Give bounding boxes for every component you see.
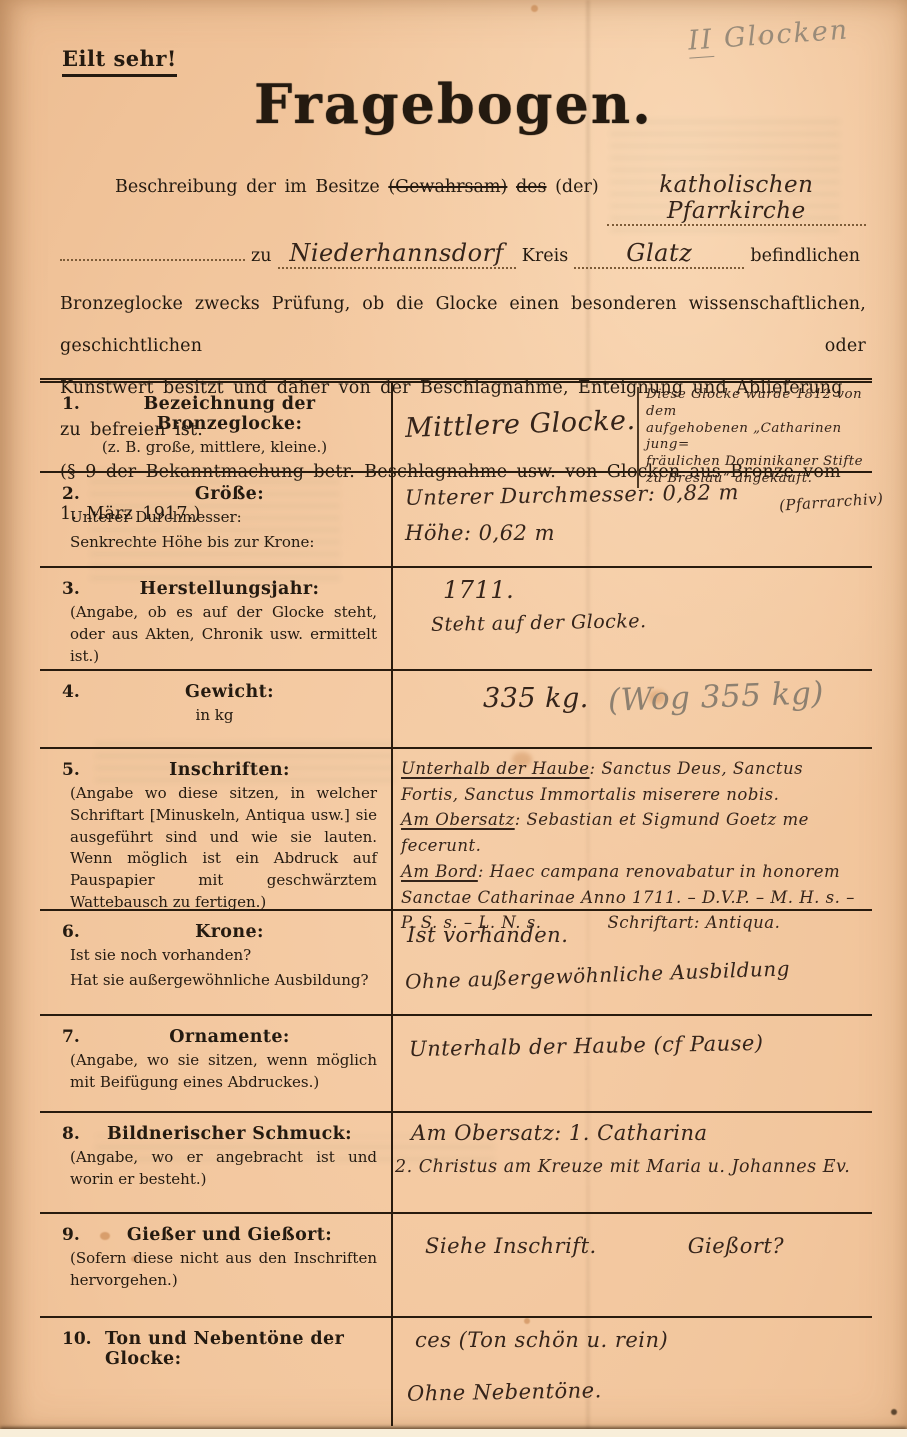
location-label: Am Obersatz: [401, 810, 515, 829]
dotted-line: [60, 240, 245, 261]
form-row-9: 9. Gießer und Gießort: (Sofern diese nic…: [40, 1214, 872, 1318]
question-title: Krone:: [80, 922, 379, 942]
intro-line1-text: Beschreibung der im Besitze (Gewahrsam) …: [115, 177, 599, 197]
handwritten-answer: 1711.: [443, 576, 514, 604]
question-cell-7: 7. Ornamente: (Angabe, wo sie sitzen, we…: [40, 1016, 393, 1111]
question-hint: Unterer Durchmesser:: [70, 507, 377, 529]
question-number: 3.: [62, 579, 80, 599]
label-befindlichen: befindlichen: [744, 246, 866, 266]
pencil-roman-numeral: II: [687, 24, 715, 59]
question-number: 5.: [62, 760, 80, 780]
question-hint: (Angabe, wo er angebracht ist und worin …: [70, 1147, 377, 1191]
inscription-line: Unterhalb der Haube: Sanctus Deus, Sanct…: [401, 756, 868, 782]
question-hint: (Sofern diese nicht aus den Inschriften …: [70, 1248, 377, 1292]
question-cell-6: 6. Krone: Ist sie noch vorhanden? Hat si…: [40, 911, 393, 1014]
answer-cell-6: Ist vorhanden. Ohne außergewöhnliche Aus…: [393, 911, 872, 1014]
question-hint: Senkrechte Höhe bis zur Krone:: [70, 532, 377, 554]
form-row-1: 1. Bezeichnung der Bronzeglocke: (z. B. …: [40, 383, 872, 473]
question-title: Gewicht:: [80, 682, 379, 702]
location-label: Unterhalb der Haube: [401, 759, 590, 778]
form-row-6: 6. Krone: Ist sie noch vorhanden? Hat si…: [40, 911, 872, 1016]
handwritten-answer: Höhe: 0,62 m: [405, 521, 555, 545]
question-cell-3: 3. Herstellungsjahr: (Angabe, ob es auf …: [40, 568, 393, 669]
answer-cell-5: Unterhalb der Haube: Sanctus Deus, Sanct…: [393, 749, 872, 909]
intro-line-2: zu Niederhannsdorf Kreis Glatz befindlic…: [60, 239, 866, 269]
form-row-7: 7. Ornamente: (Angabe, wo sie sitzen, we…: [40, 1016, 872, 1113]
label-zu: zu: [245, 246, 278, 266]
answer-cell-9: Siehe Inschrift. Gießort?: [393, 1214, 872, 1316]
intro-line-1: Beschreibung der im Besitze (Gewahrsam) …: [60, 172, 866, 226]
note-line: aufgehobenen „Catharinen jung=: [646, 421, 882, 455]
question-number: 7.: [62, 1027, 80, 1047]
intro-body-line: Bronzeglocke zwecks Prüfung, ob die Gloc…: [60, 283, 866, 367]
handwritten-answer: Siehe Inschrift. Gießort?: [425, 1234, 784, 1258]
question-hint: in kg: [52, 705, 377, 727]
handwritten-answer: Mittlere Glocke.: [405, 405, 637, 444]
paper-stain: [531, 5, 538, 12]
question-title: Größe:: [80, 484, 379, 504]
handwritten-answer: Unterhalb der Haube (cf Pause): [409, 1031, 764, 1061]
question-hint: (Angabe, ob es auf der Glocke steht, ode…: [70, 602, 377, 667]
question-hint: (z. B. große, mittlere, kleine.): [52, 437, 377, 459]
form-row-10: 10. Ton und Nebentöne der Glocke: ces (T…: [40, 1318, 872, 1426]
question-number: 4.: [62, 682, 80, 702]
question-title: Bezeichnung der Bronzeglocke:: [80, 394, 379, 434]
inscription-line: Am Bord: Haec campana renovabatur in hon…: [401, 859, 868, 885]
question-number: 6.: [62, 922, 80, 942]
handwritten-answer: 2. Christus am Kreuze mit Maria u. Johan…: [395, 1157, 850, 1177]
question-number: 8.: [62, 1124, 80, 1144]
answer-cell-10: ces (Ton schön u. rein) Ohne Nebentöne.: [393, 1318, 872, 1426]
marginal-note: Diese Glocke wurde 1812 von dem aufgehob…: [637, 387, 882, 488]
question-number: 2.: [62, 484, 80, 504]
page-title: Fragebogen.: [0, 72, 907, 136]
question-hint: (Angabe, wo sie sitzen, wenn möglich mit…: [70, 1050, 377, 1094]
question-cell-10: 10. Ton und Nebentöne der Glocke:: [40, 1318, 393, 1426]
paper-stain: [891, 1409, 897, 1415]
form-row-5: 5. Inschriften: (Angabe wo diese sitzen,…: [40, 749, 872, 911]
handwritten-answer: Unterhalb der Haube: Sanctus Deus, Sanct…: [393, 749, 872, 936]
handwritten-kreis: Glatz: [574, 239, 744, 269]
paper-bottom-edge: [0, 1429, 907, 1437]
questionnaire-table: 1. Bezeichnung der Bronzeglocke: (z. B. …: [40, 378, 872, 1426]
inscription-line: Am Obersatz: Sebastian et Sigmund Goetz …: [401, 807, 868, 858]
question-cell-2: 2. Größe: Unterer Durchmesser: Senkrecht…: [40, 473, 393, 566]
location-label: Am Bord: [401, 862, 478, 881]
form-row-8: 8. Bildnerischer Schmuck: (Angabe, wo er…: [40, 1113, 872, 1214]
handwritten-answer: Steht auf der Glocke.: [431, 610, 647, 636]
handwritten-place: Niederhannsdorf: [278, 239, 516, 269]
founder-place-question: Gießort?: [688, 1234, 784, 1258]
question-hint: Hat sie außergewöhnliche Ausbildung?: [70, 970, 377, 992]
question-title: Ton und Nebentöne der Glocke:: [105, 1329, 379, 1369]
answer-cell-3: 1711. Steht auf der Glocke.: [393, 568, 872, 669]
answer-cell-1: Mittlere Glocke. Diese Glocke wurde 1812…: [393, 383, 872, 471]
handwritten-answer: Am Obersatz: 1. Catharina: [411, 1121, 708, 1145]
question-cell-8: 8. Bildnerischer Schmuck: (Angabe, wo er…: [40, 1113, 393, 1212]
question-hint: (Angabe wo diese sitzen, in welcher Schr…: [70, 783, 377, 914]
question-cell-5: 5. Inschriften: (Angabe wo diese sitzen,…: [40, 749, 393, 909]
question-title: Ornamente:: [80, 1027, 379, 1047]
pencil-word: Glocken: [723, 14, 850, 54]
handwritten-owner: katholischen Pfarrkirche: [607, 172, 866, 226]
handwritten-answer: 335 kg. (Wog 355 kg): [483, 679, 824, 715]
handwritten-answer: Ohne Nebentöne.: [407, 1378, 602, 1405]
label-kreis: Kreis: [516, 246, 574, 266]
struck-word: des: [516, 177, 547, 197]
question-hint: Ist sie noch vorhanden?: [70, 945, 377, 967]
form-row-4: 4. Gewicht: in kg 335 kg. (Wog 355 kg): [40, 671, 872, 749]
answer-cell-7: Unterhalb der Haube (cf Pause): [393, 1016, 872, 1111]
question-cell-4: 4. Gewicht: in kg: [40, 671, 393, 747]
note-line: fräulichen Dominikaner Stifte: [646, 454, 882, 471]
question-title: Gießer und Gießort:: [80, 1225, 379, 1245]
inscription-line: Sanctae Catharinae Anno 1711. – D.V.P. –…: [401, 885, 868, 911]
question-number: 1.: [62, 394, 80, 414]
form-row-3: 3. Herstellungsjahr: (Angabe, ob es auf …: [40, 568, 872, 671]
weight-pencil: (Wog 355 kg): [607, 675, 824, 719]
question-title: Inschriften:: [80, 760, 379, 780]
note-line: zu Breslau“ angekauft.: [646, 471, 882, 488]
answer-cell-8: Am Obersatz: 1. Catharina 2. Christus am…: [393, 1113, 872, 1212]
handwritten-answer: Ohne außergewöhnliche Ausbildung: [405, 956, 791, 993]
question-number: 10.: [62, 1329, 92, 1349]
scanned-form-page: Eilt sehr! II Glocken Fragebogen. Beschr…: [0, 0, 907, 1437]
question-title: Bildnerischer Schmuck:: [80, 1124, 379, 1144]
answer-cell-4: 335 kg. (Wog 355 kg): [393, 671, 872, 747]
note-line: Diese Glocke wurde 1812 von dem: [646, 387, 882, 421]
handwritten-answer: Ist vorhanden.: [407, 923, 568, 947]
pencil-annotation: II Glocken: [687, 14, 850, 56]
struck-word: (Gewahrsam): [388, 177, 507, 197]
handwritten-answer: ces (Ton schön u. rein): [415, 1328, 668, 1352]
question-cell-9: 9. Gießer und Gießort: (Sofern diese nic…: [40, 1214, 393, 1316]
weight-ink: 335 kg.: [483, 683, 589, 714]
question-number: 9.: [62, 1225, 80, 1245]
founder-reference: Siehe Inschrift.: [425, 1234, 597, 1258]
question-title: Herstellungsjahr:: [80, 579, 379, 599]
inscription-line: Fortis, Sanctus Immortalis miserere nobi…: [401, 782, 868, 808]
question-cell-1: 1. Bezeichnung der Bronzeglocke: (z. B. …: [40, 383, 393, 471]
